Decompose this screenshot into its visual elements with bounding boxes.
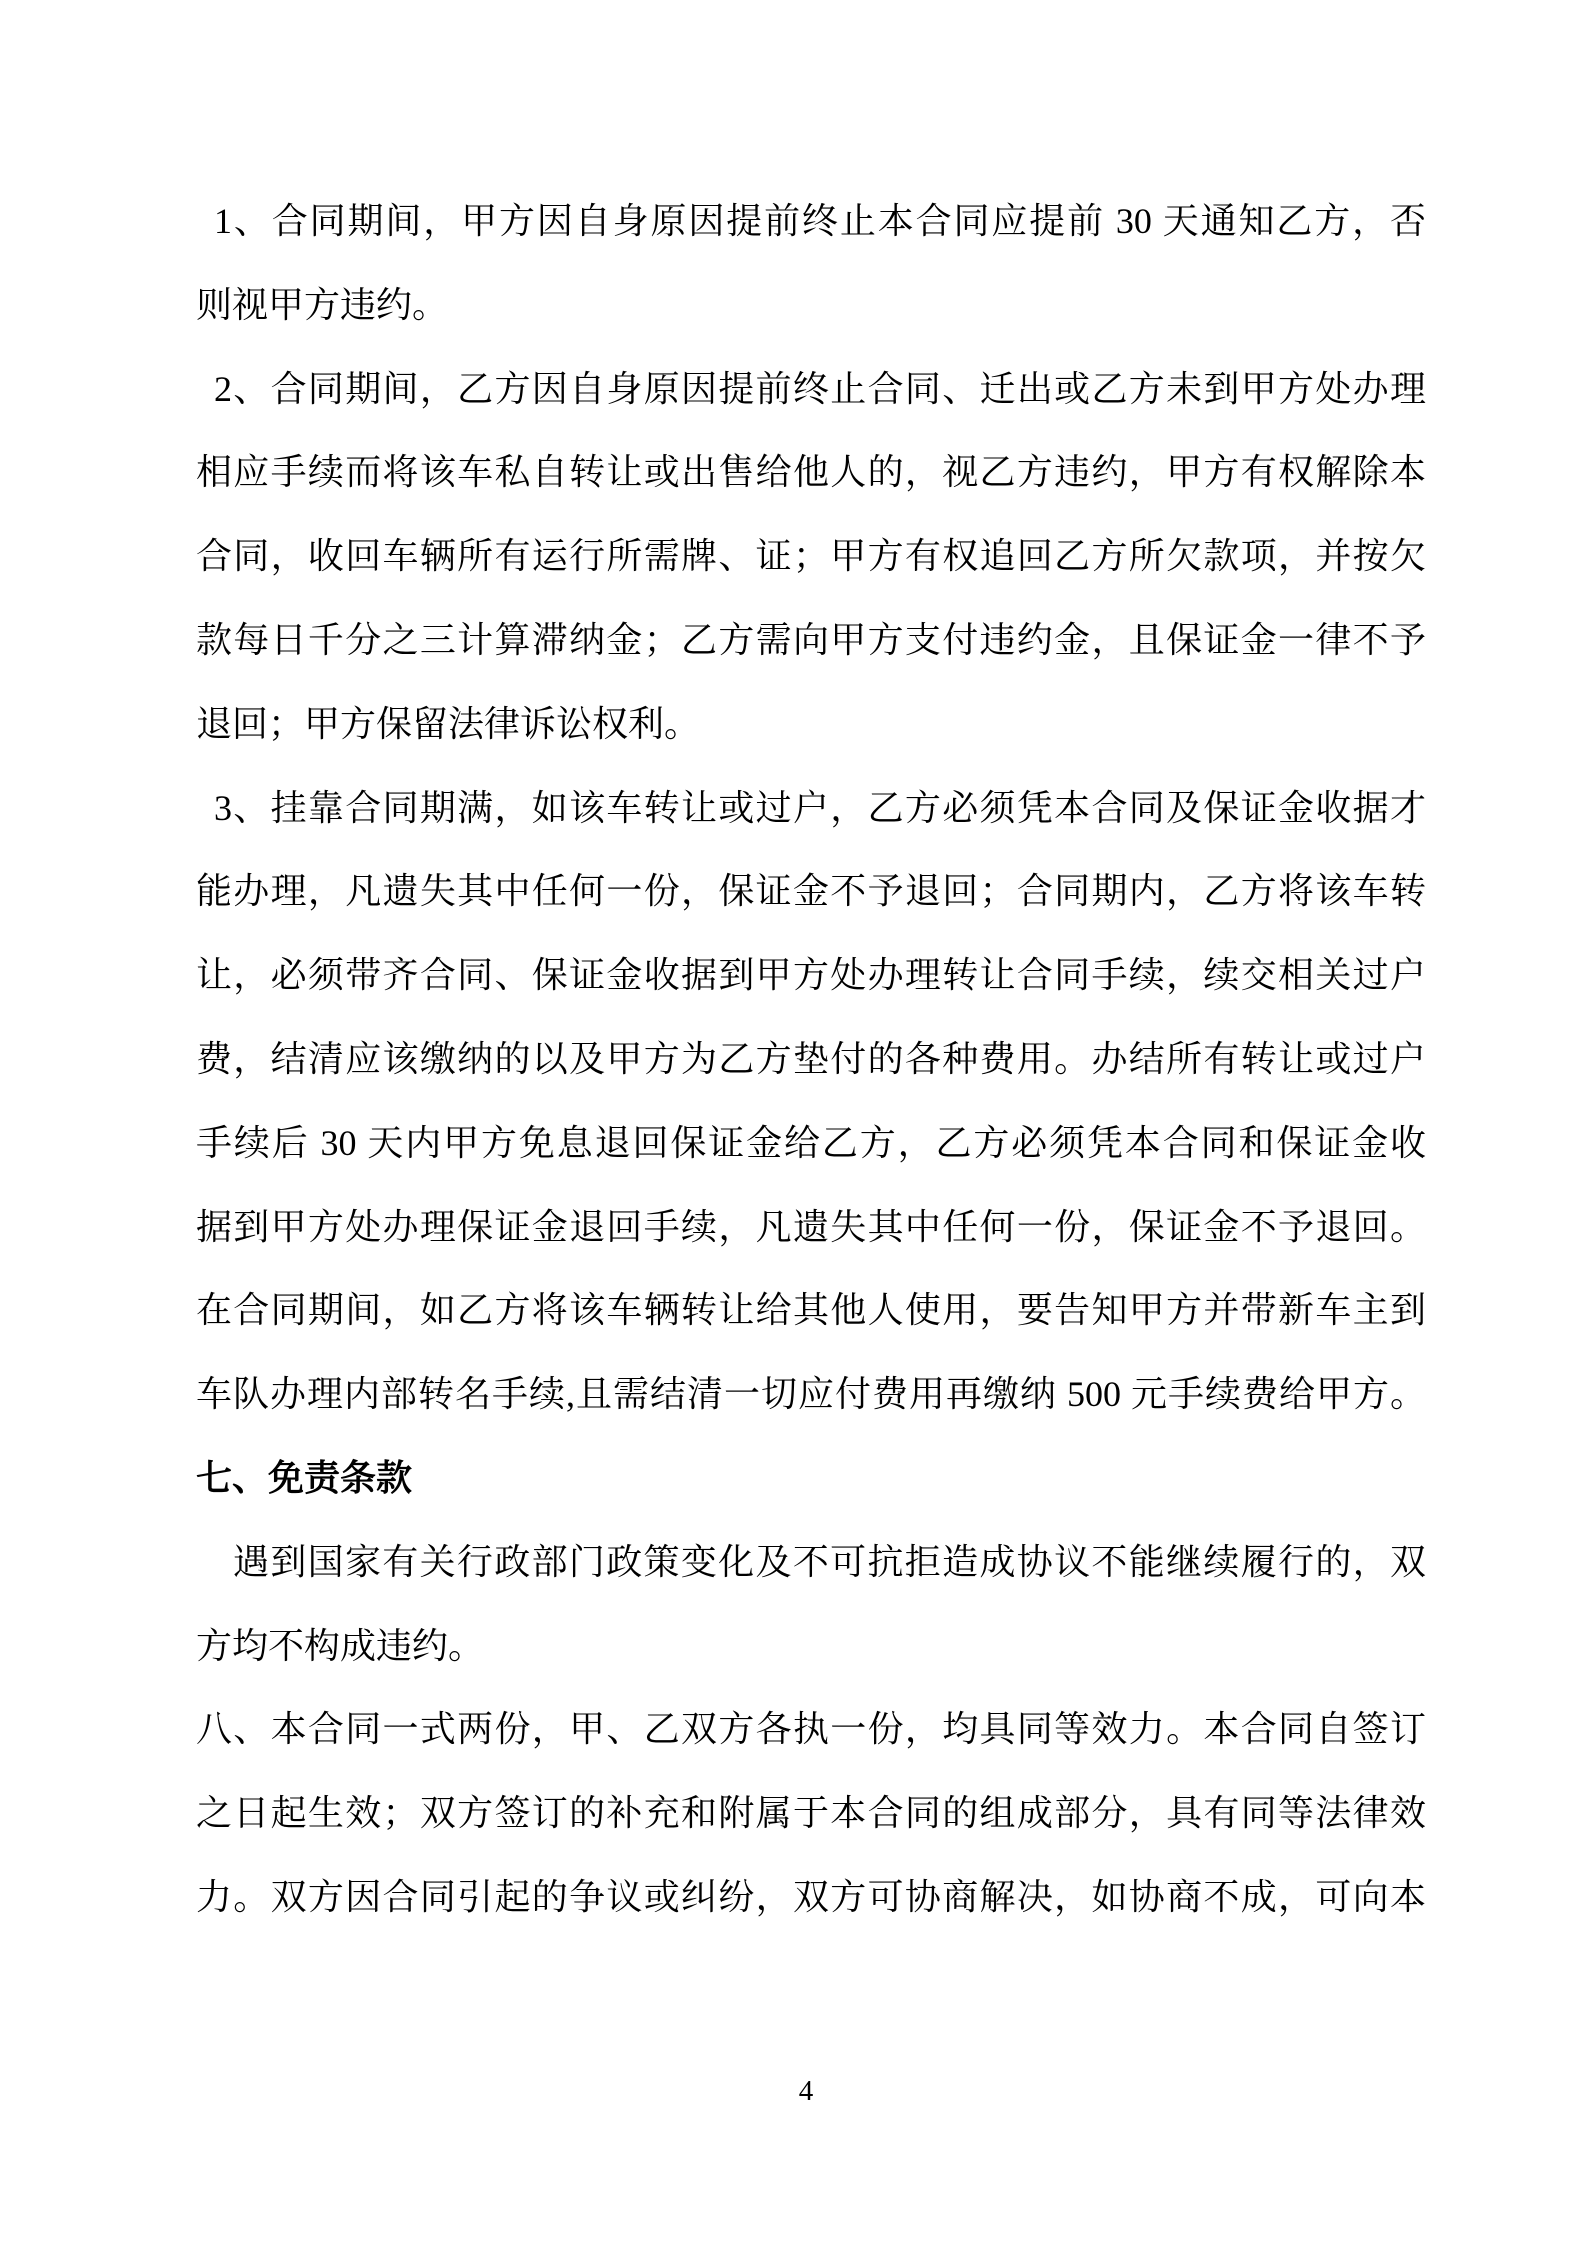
text-line: 方均不构成违约。: [196, 1605, 1426, 1689]
text-line: 手续后 30 天内甲方免息退回保证金给乙方，乙方必须凭本合同和保证金收: [196, 1102, 1426, 1186]
text-line: 八、本合同一式两份，甲、乙双方各执一份，均具同等效力。本合同自签订: [196, 1688, 1426, 1772]
text-line: 之日起生效；双方签订的补充和附属于本合同的组成部分，具有同等法律效: [196, 1772, 1426, 1856]
text-line: 费，结清应该缴纳的以及甲方为乙方垫付的各种费用。办结所有转让或过户: [196, 1018, 1426, 1102]
contract-body: 1、合同期间，甲方因自身原因提前终止本合同应提前 30 天通知乙方，否则视甲方违…: [196, 180, 1426, 1940]
text-line: 在合同期间，如乙方将该车辆转让给其他人使用，要告知甲方并带新车主到: [196, 1269, 1426, 1353]
text-line: 据到甲方处办理保证金退回手续，凡遗失其中任何一份，保证金不予退回。: [196, 1186, 1426, 1270]
text-line: 1、合同期间，甲方因自身原因提前终止本合同应提前 30 天通知乙方，否: [196, 180, 1426, 264]
text-line: 能办理，凡遗失其中任何一份，保证金不予退回；合同期内，乙方将该车转: [196, 850, 1426, 934]
text-line: 退回；甲方保留法律诉讼权利。: [196, 683, 1426, 767]
text-line: 款每日千分之三计算滞纳金；乙方需向甲方支付违约金，且保证金一律不予: [196, 599, 1426, 683]
text-line: 力。双方因合同引起的争议或纠纷，双方可协商解决，如协商不成，可向本: [196, 1856, 1426, 1940]
text-line: 遇到国家有关行政部门政策变化及不可抗拒造成协议不能继续履行的，双: [196, 1521, 1426, 1605]
text-line: 让，必须带齐合同、保证金收据到甲方处办理转让合同手续，续交相关过户: [196, 934, 1426, 1018]
page-number: 4: [0, 2074, 1587, 2108]
text-line: 合同，收回车辆所有运行所需牌、证；甲方有权追回乙方所欠款项，并按欠: [196, 515, 1426, 599]
text-line: 3、挂靠合同期满，如该车转让或过户，乙方必须凭本合同及保证金收据才: [196, 767, 1426, 851]
text-line: 相应手续而将该车私自转让或出售给他人的，视乙方违约，甲方有权解除本: [196, 431, 1426, 515]
text-line: 则视甲方违约。: [196, 264, 1426, 348]
text-line: 2、合同期间，乙方因自身原因提前终止合同、迁出或乙方未到甲方处办理: [196, 348, 1426, 432]
text-line: 七、免责条款: [196, 1437, 1426, 1521]
document-page: 1、合同期间，甲方因自身原因提前终止本合同应提前 30 天通知乙方，否则视甲方违…: [0, 0, 1587, 2245]
text-line: 车队办理内部转名手续,且需结清一切应付费用再缴纳 500 元手续费给甲方。: [196, 1353, 1426, 1437]
